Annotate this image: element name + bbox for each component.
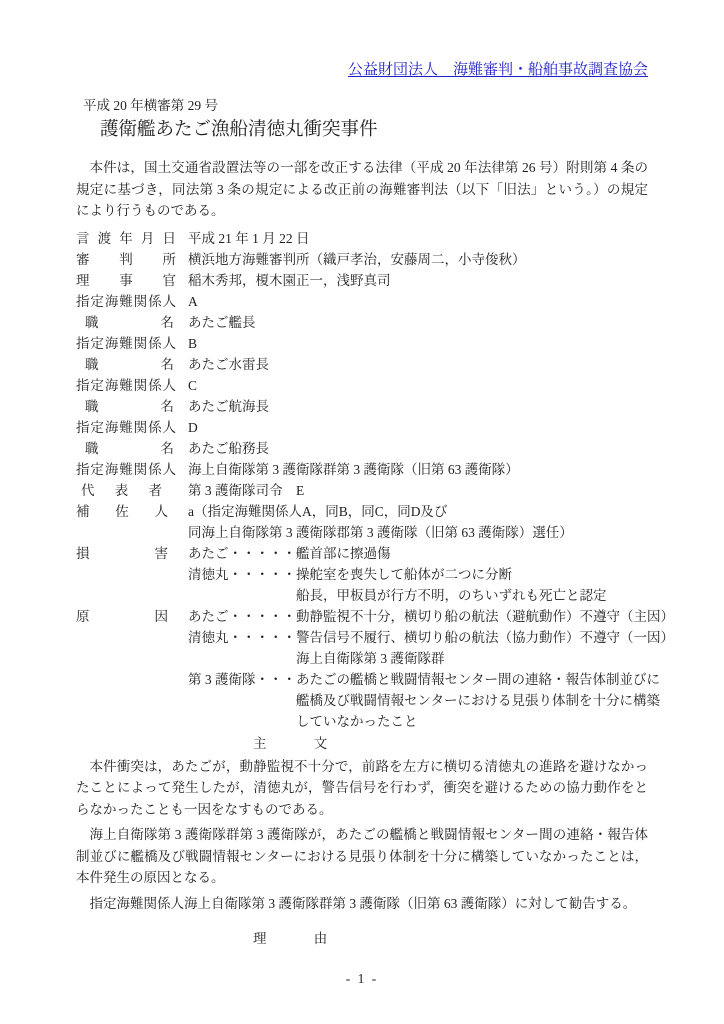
field-label: 補佐人 <box>76 501 176 543</box>
field-value-line: していなかったこと <box>188 711 648 732</box>
field-value: あたご水雷長 <box>188 354 648 375</box>
field-value: B <box>188 333 648 354</box>
field-value-line: あたご水雷長 <box>188 354 648 375</box>
document-page: 公益財団法人 海難審判・船舶事故調査協会 平成 20 年横審第 29 号 護衛艦… <box>0 0 724 1024</box>
field-row-designated-party-d: 指定海難関係人 D <box>76 417 648 438</box>
field-row-investigators: 理事官 稲木秀邦，榎木園正一，浅野真司 <box>76 270 648 291</box>
field-row-occupation-d: 職名 あたご船務長 <box>76 438 648 459</box>
field-label: 理事官 <box>76 270 176 291</box>
field-label: 職名 <box>76 438 176 459</box>
field-row-tribunal: 審判所 横浜地方海難審判所（織戸孝治，安藤周二，小寺俊秋） <box>76 249 648 270</box>
field-value-line: 横浜地方海難審判所（織戸孝治，安藤周二，小寺俊秋） <box>188 249 648 270</box>
field-label: 原因 <box>76 606 176 732</box>
main-text-paragraph: 本件衝突は，あたごが，動静監視不十分で，前路を左方に横切る清徳丸の進路を避けなか… <box>76 756 648 821</box>
field-value: あたご・・・・・艦首部に擦過傷 清徳丸・・・・・操舵室を喪失して船体が二つに分断… <box>188 543 648 606</box>
field-value: 稲木秀邦，榎木園正一，浅野真司 <box>188 270 648 291</box>
field-label: 指定海難関係人 <box>76 459 176 480</box>
field-label: 職名 <box>76 354 176 375</box>
main-text-paragraph: 海上自衛隊第 3 護衛隊群第 3 護衛隊が，あたごの艦橋と戦闘情報センター間の連… <box>76 824 648 889</box>
field-row-occupation-a: 職名 あたご艦長 <box>76 312 648 333</box>
field-label: 指定海難関係人 <box>76 291 176 312</box>
field-value-line: あたご航海長 <box>188 396 648 417</box>
field-row-representative: 代表者 第 3 護衛隊司令 E <box>76 480 648 501</box>
fields-section: 言渡年月日 平成 21 年 1 月 22 日 審判所 横浜地方海難審判所（織戸孝… <box>76 228 648 732</box>
field-value: D <box>188 417 648 438</box>
field-value-line: 稲木秀邦，榎木園正一，浅野真司 <box>188 270 648 291</box>
field-value-line: 海上自衛隊第 3 護衛隊群 <box>188 648 648 669</box>
field-value-line: 船長，甲板員が行方不明，のちいずれも死亡と認定 <box>188 585 648 606</box>
field-label: 審判所 <box>76 249 176 270</box>
field-row-designated-party-c: 指定海難関係人 C <box>76 375 648 396</box>
field-value-line: 清徳丸・・・・・警告信号不履行、横切り船の航法（協力動作）不遵守（一因） <box>188 627 648 648</box>
field-label: 職名 <box>76 396 176 417</box>
document-title: 護衛艦あたご漁船清徳丸衝突事件 <box>100 118 648 142</box>
field-value-line: あたご艦長 <box>188 312 648 333</box>
field-value-line: 第 3 護衛隊司令 E <box>188 480 648 501</box>
field-value: あたご航海長 <box>188 396 648 417</box>
field-value-line: 第 3 護衛隊・・・あたごの艦橋と戦闘情報センター間の連絡・報告体制並びに <box>188 669 648 690</box>
field-value-line: D <box>188 417 648 438</box>
field-value-line: C <box>188 375 648 396</box>
field-value: a（指定海難関係人A，同B，同C，同D及び 同海上自衛隊第 3 護衛隊郡第 3 … <box>188 501 648 543</box>
field-label: 指定海難関係人 <box>76 333 176 354</box>
field-row-judgment-date: 言渡年月日 平成 21 年 1 月 22 日 <box>76 228 648 249</box>
field-value-line: A <box>188 291 648 312</box>
section-heading-main-text: 主文 <box>253 733 648 754</box>
field-label: 職名 <box>76 312 176 333</box>
field-value: 第 3 護衛隊司令 E <box>188 480 648 501</box>
field-value: C <box>188 375 648 396</box>
field-label: 言渡年月日 <box>76 228 176 249</box>
field-value-line: あたご・・・・・艦首部に擦過傷 <box>188 543 648 564</box>
field-value-line: 艦橋及び戦闘情報センターにおける見張り体制を十分に構築 <box>188 690 648 711</box>
field-value-line: 海上自衛隊第 3 護衛隊群第 3 護衛隊（旧第 63 護衛隊） <box>188 459 648 480</box>
field-row-counsel: 補佐人 a（指定海難関係人A，同B，同C，同D及び 同海上自衛隊第 3 護衛隊郡… <box>76 501 648 543</box>
field-label: 代表者 <box>76 480 176 501</box>
field-value-line: あたご船務長 <box>188 438 648 459</box>
field-value: 横浜地方海難審判所（織戸孝治，安藤周二，小寺俊秋） <box>188 249 648 270</box>
field-value-line: a（指定海難関係人A，同B，同C，同D及び <box>188 501 648 522</box>
field-row-occupation-b: 職名 あたご水雷長 <box>76 354 648 375</box>
page-number: - 1 - <box>76 971 648 987</box>
field-value: 平成 21 年 1 月 22 日 <box>188 228 648 249</box>
field-value-line: あたご・・・・・動静監視不十分，横切り船の航法（避航動作）不遵守（主因） <box>188 606 648 627</box>
organization-link[interactable]: 公益財団法人 海難審判・船舶事故調査協会 <box>348 62 648 78</box>
field-value: A <box>188 291 648 312</box>
field-row-cause: 原因 あたご・・・・・動静監視不十分，横切り船の航法（避航動作）不遵守（主因） … <box>76 606 648 732</box>
field-value: あたご船務長 <box>188 438 648 459</box>
field-value-line: 清徳丸・・・・・操舵室を喪失して船体が二つに分断 <box>188 564 648 585</box>
field-row-damage: 損害 あたご・・・・・艦首部に擦過傷 清徳丸・・・・・操舵室を喪失して船体が二つ… <box>76 543 648 606</box>
field-row-designated-party-flotilla: 指定海難関係人 海上自衛隊第 3 護衛隊群第 3 護衛隊（旧第 63 護衛隊） <box>76 459 648 480</box>
field-value-line: 同海上自衛隊第 3 護衛隊郡第 3 護衛隊（旧第 63 護衛隊）選任） <box>188 522 648 543</box>
main-text-paragraph: 指定海難関係人海上自衛隊第 3 護衛隊群第 3 護衛隊（旧第 63 護衛隊）に対… <box>76 893 648 915</box>
case-number: 平成 20 年横審第 29 号 <box>83 96 648 116</box>
field-value: あたご・・・・・動静監視不十分，横切り船の航法（避航動作）不遵守（主因） 清徳丸… <box>188 606 648 732</box>
field-label: 指定海難関係人 <box>76 417 176 438</box>
intro-paragraph: 本件は，国土交通省設置法等の一部を改正する法律（平成 20 年法律第 26 号）… <box>76 157 648 222</box>
field-label: 指定海難関係人 <box>76 375 176 396</box>
field-value: 海上自衛隊第 3 護衛隊群第 3 護衛隊（旧第 63 護衛隊） <box>188 459 648 480</box>
field-label: 損害 <box>76 543 176 606</box>
field-row-occupation-c: 職名 あたご航海長 <box>76 396 648 417</box>
field-value-line: 平成 21 年 1 月 22 日 <box>188 228 648 249</box>
field-row-designated-party-b: 指定海難関係人 B <box>76 333 648 354</box>
field-value-line: B <box>188 333 648 354</box>
header: 公益財団法人 海難審判・船舶事故調査協会 <box>76 60 648 80</box>
field-row-designated-party-a: 指定海難関係人 A <box>76 291 648 312</box>
field-value: あたご艦長 <box>188 312 648 333</box>
section-heading-reasons: 理由 <box>253 928 648 949</box>
